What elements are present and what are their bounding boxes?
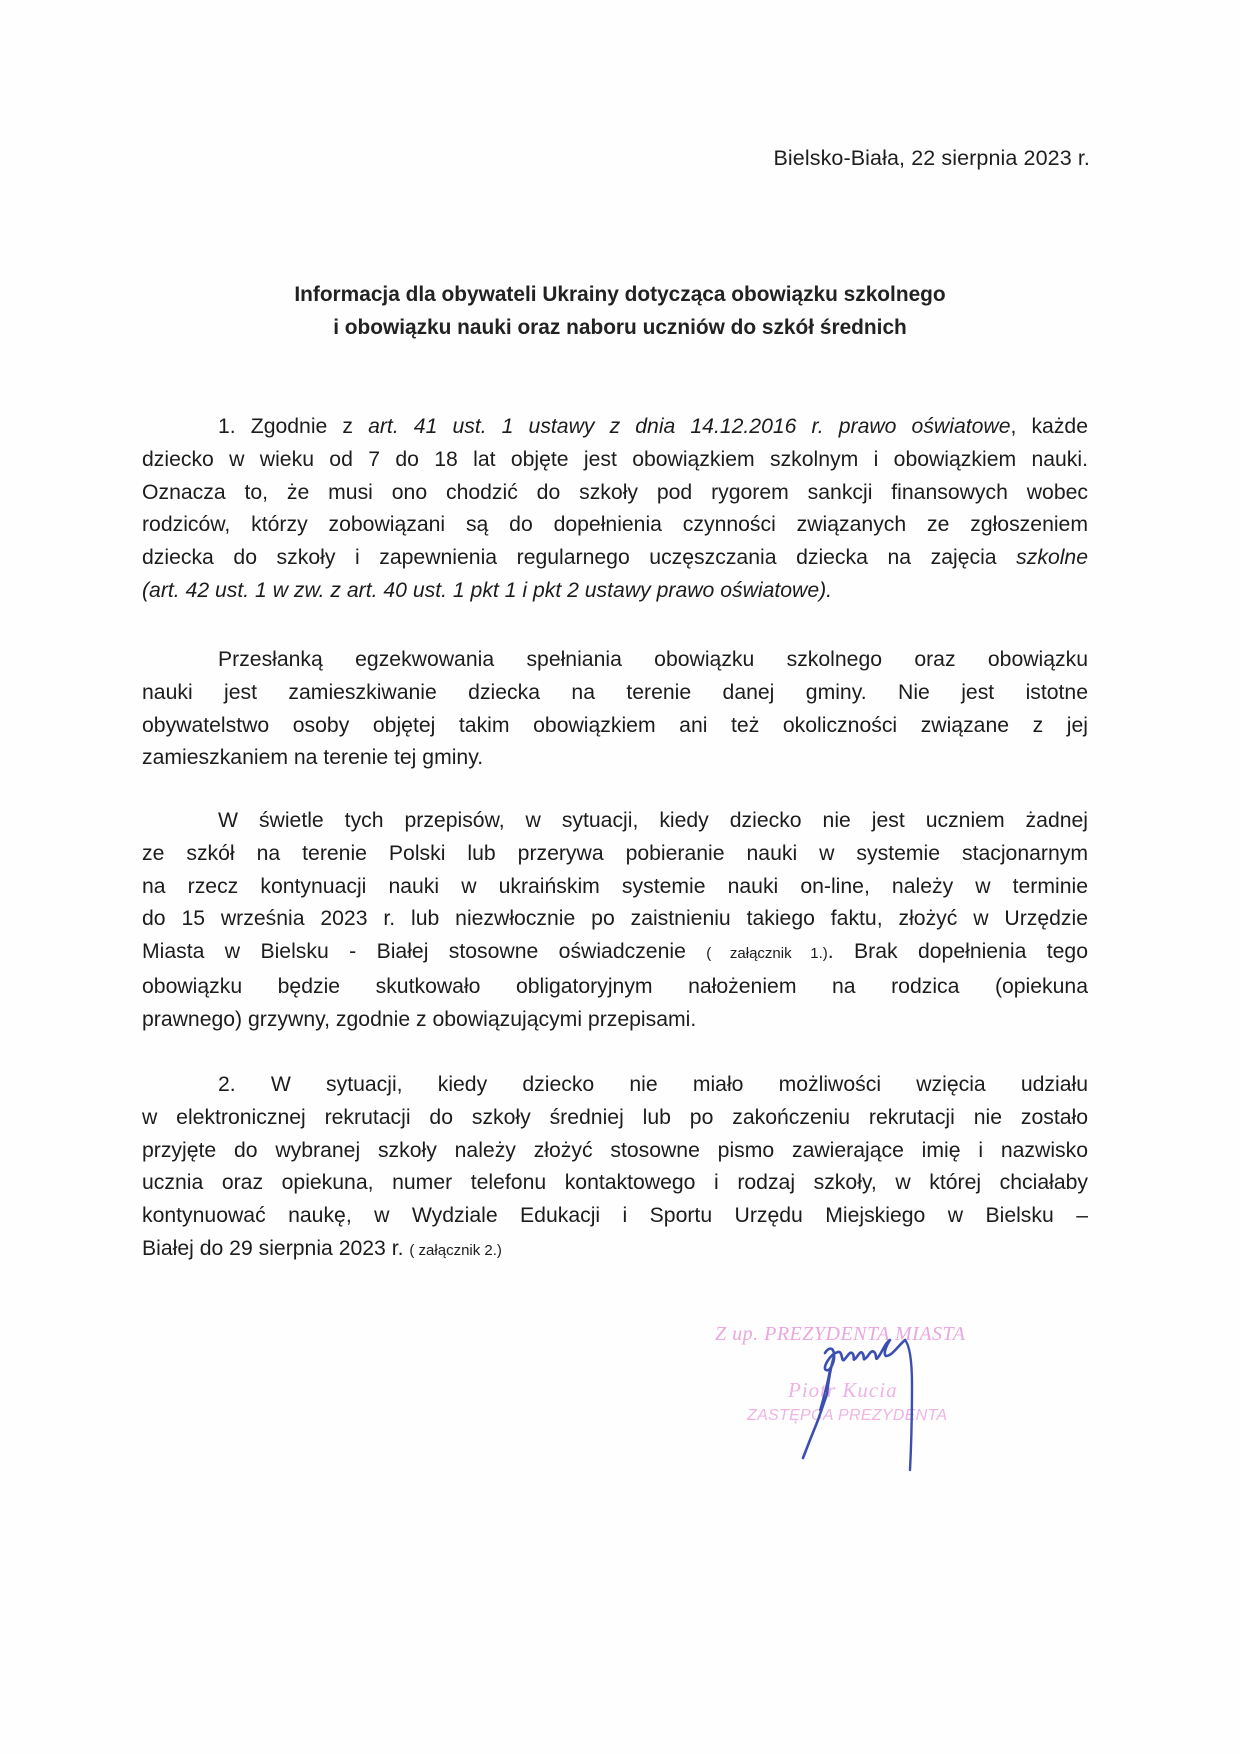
paragraph-line: przyjęte do wybranej szkoły należy złoży… [142,1135,1088,1168]
paragraph-line: Białej do 29 sierpnia 2023 r. ( załączni… [142,1233,1088,1268]
text-run: 1. Zgodnie z [218,415,368,438]
paragraph-line: nauki jest zamieszkiwanie dziecka na ter… [142,677,1088,710]
title-line-1: Informacja dla obywateli Ukrainy dotyczą… [19,278,1222,311]
text-run: , każde [1010,415,1088,438]
text-run: szkolne [1016,546,1088,569]
paragraph-line: Miasta w Bielsku - Białej stosowne oświa… [142,936,1088,971]
text-run: Miasta w Bielsku - Białej stosowne oświa… [142,940,706,963]
paragraph-line: 2. W sytuacji, kiedy dziecko nie miało m… [142,1069,1088,1102]
handwritten-signature-icon [700,1310,1020,1500]
place-and-date: Bielsko-Biała, 22 sierpnia 2023 r. [773,146,1090,171]
paragraph-1: 1. Zgodnie z art. 41 ust. 1 ustawy z dni… [142,411,1088,608]
paragraph-3: W świetle tych przepisów, w sytuacji, ki… [142,805,1088,1037]
paragraph-line: dziecka do szkoły i zapewnienia regularn… [142,542,1088,575]
paragraph-4: 2. W sytuacji, kiedy dziecko nie miało m… [142,1069,1088,1268]
attachment-reference: ( załącznik 1.) [706,945,828,962]
title-line-2: i obowiązku nauki oraz naboru uczniów do… [19,311,1222,344]
paragraph-line: zamieszkaniem na terenie tej gminy. [142,742,1088,775]
paragraph-line: dziecko w wieku od 7 do 18 lat objęte je… [142,444,1088,477]
paragraph-line: do 15 września 2023 r. lub niezwłocznie … [142,903,1088,936]
paragraph-line: w elektronicznej rekrutacji do szkoły śr… [142,1102,1088,1135]
paragraph-line: Oznacza to, że musi ono chodzić do szkoł… [142,477,1088,510]
paragraph-line: ze szkół na terenie Polski lub przerywa … [142,838,1088,871]
paragraph-line: obowiązku będzie skutkowało obligatoryjn… [142,971,1088,1004]
paragraph-line: Przesłanką egzekwowania spełniania obowi… [142,644,1088,677]
signature-block: Z up. PREZYDENTA MIASTA Piotr Kucia ZAST… [700,1310,1020,1500]
paragraph-line: W świetle tych przepisów, w sytuacji, ki… [142,805,1088,838]
legal-reference: (art. 42 ust. 1 w zw. z art. 40 ust. 1 p… [142,575,1088,608]
paragraph-line: kontynuować naukę, w Wydziale Edukacji i… [142,1200,1088,1233]
text-run: dziecka do szkoły i zapewnienia regularn… [142,546,1016,569]
document-page: Bielsko-Biała, 22 sierpnia 2023 r. Infor… [0,0,1240,1754]
paragraph-line: na rzecz kontynuacji nauki w ukraińskim … [142,871,1088,904]
paragraph-line: ucznia oraz opiekuna, numer telefonu kon… [142,1167,1088,1200]
legal-reference: art. 41 ust. 1 ustawy z dnia 14.12.2016 … [368,415,1010,438]
paragraph-line: rodziców, którzy zobowiązani są do dopeł… [142,509,1088,542]
text-run: . Brak dopełnienia tego [828,940,1088,963]
text-run: Białej do 29 sierpnia 2023 r. [142,1237,409,1260]
document-title: Informacja dla obywateli Ukrainy dotyczą… [19,278,1222,344]
paragraph-line: prawnego) grzywny, zgodnie z obowiązując… [142,1004,1088,1037]
paragraph-line: 1. Zgodnie z art. 41 ust. 1 ustawy z dni… [142,411,1088,444]
paragraph-2: Przesłanką egzekwowania spełniania obowi… [142,644,1088,775]
attachment-reference: ( załącznik 2.) [409,1242,502,1259]
paragraph-line: obywatelstwo osoby objętej takim obowiąz… [142,710,1088,743]
